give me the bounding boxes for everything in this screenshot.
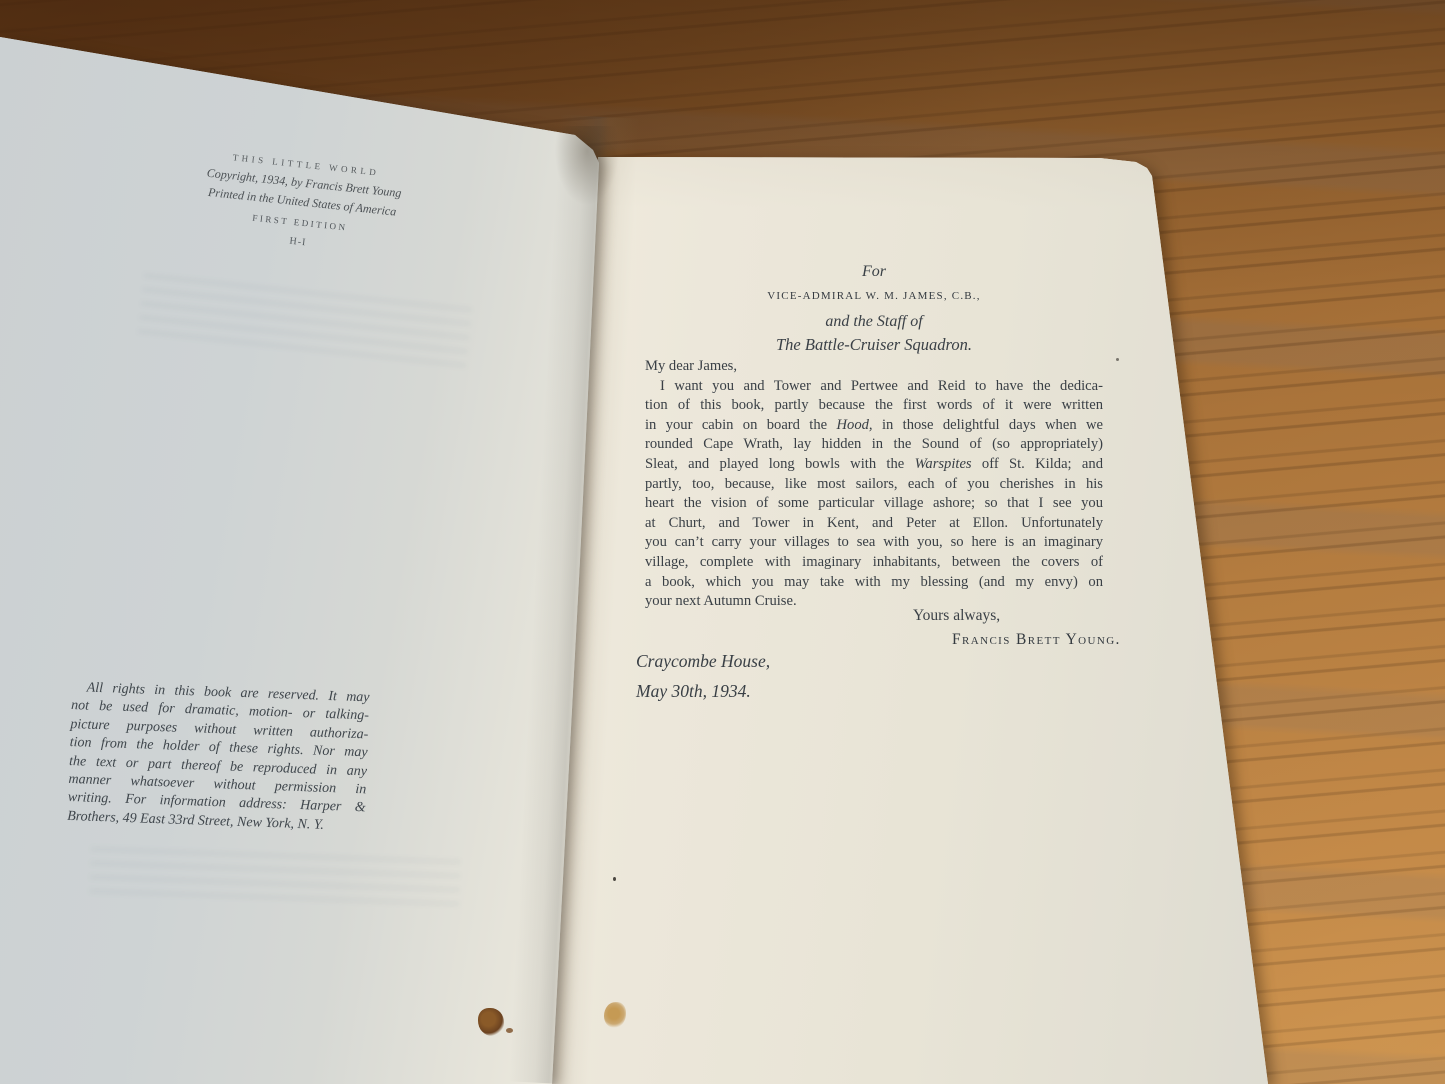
- letter-line: a book, which you may take with my bless…: [645, 573, 1103, 593]
- letter-line: rounded Cape Wrath, lay hidden in the So…: [645, 435, 1103, 455]
- rights-notice-block: All rights in this book are reserved. It…: [67, 679, 370, 837]
- letter-line: village, complete with imaginary inhabit…: [645, 553, 1103, 573]
- squadron-line: The Battle-Cruiser Squadron.: [645, 333, 1103, 357]
- signature-line: Francis Brett Young.: [952, 631, 1121, 649]
- letter-line: partly, too, because, like most sailors,…: [645, 475, 1103, 495]
- letter-line: I want you and Tower and Pertwee and Rei…: [645, 377, 1103, 397]
- valediction-line: Yours always,: [913, 607, 1000, 625]
- letter-line: My dear James,: [645, 357, 1103, 377]
- dedicatee-line: VICE-ADMIRAL W. M. JAMES, C.B.,: [645, 283, 1103, 310]
- dedication-letter-body: My dear James,I want you and Tower and P…: [645, 357, 1103, 612]
- dedication-header: For VICE-ADMIRAL W. M. JAMES, C.B., and …: [645, 260, 1103, 357]
- place-line: Craycombe House,: [636, 651, 770, 672]
- letter-line: your next Autumn Cruise.: [645, 592, 1103, 612]
- letter-line: tion of this book, partly because the fi…: [645, 396, 1103, 416]
- staff-line: and the Staff of: [645, 310, 1103, 333]
- letter-line: you can’t carry your villages to sea wit…: [645, 533, 1103, 553]
- letter-line: heart the vision of some particular vill…: [645, 494, 1103, 514]
- letter-line: at Churt, and Tower in Kent, and Peter a…: [645, 514, 1103, 534]
- letter-line: Sleat, and played long bowls with the Wa…: [645, 455, 1103, 475]
- dedication-for-label: For: [645, 260, 1103, 283]
- letter-line: in your cabin on board the Hood, in thos…: [645, 416, 1103, 436]
- date-line: May 30th, 1934.: [636, 681, 751, 702]
